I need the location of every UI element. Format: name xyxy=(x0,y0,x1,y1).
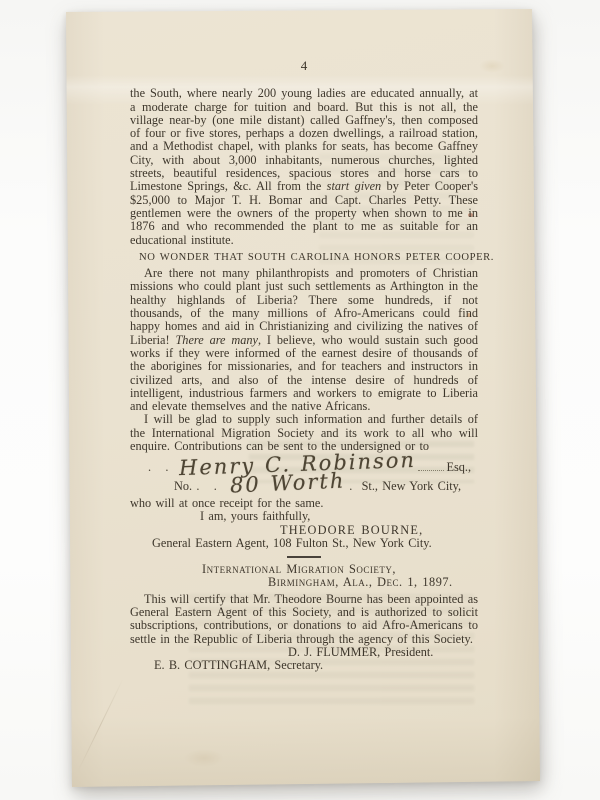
paragraph-philanthropists: Are there not many philanthropists and p… xyxy=(130,267,478,413)
certification-paragraph: This will certify that Mr. Theodore Bour… xyxy=(130,593,478,646)
italic-phrase: There are many xyxy=(175,333,258,347)
agent-name-line: THEODORE BOURNE, xyxy=(280,524,478,537)
secretary-line: E. B. COTTINGHAM, Secretary. xyxy=(154,659,478,672)
no-label: No. xyxy=(174,479,192,493)
leader-dot: . xyxy=(349,479,357,493)
document-page-wrapper: 4 the South, where nearly 200 young ladi… xyxy=(64,9,540,787)
dotted-fill-line xyxy=(418,470,444,471)
document-page: 4 the South, where nearly 200 young ladi… xyxy=(64,9,540,787)
paragraph-contributions: I will be glad to supply such informatio… xyxy=(130,413,478,453)
leader-dots: . . xyxy=(148,460,173,474)
italic-phrase: start given xyxy=(327,179,382,193)
photo-background: 4 the South, where nearly 200 young ladi… xyxy=(0,0,600,800)
society-dateline: Birmingham, Ala., Dec. 1, 1897. xyxy=(268,576,478,589)
street-suffix: St., New York City, xyxy=(362,479,462,493)
paper-crease xyxy=(77,678,123,772)
esq-label: Esq., xyxy=(446,460,471,474)
foxing-stain xyxy=(184,749,224,767)
president-line: D. J. FLUMMER, President. xyxy=(288,646,478,659)
society-name-line: International Migration Society, xyxy=(202,563,478,576)
page-content: 4 the South, where nearly 200 young ladi… xyxy=(64,9,540,672)
paragraph-continuation: the South, where nearly 200 young ladies… xyxy=(130,87,478,247)
leader-dots: . . xyxy=(196,479,221,493)
agent-title-line: General Eastern Agent, 108 Fulton St., N… xyxy=(152,537,478,550)
receipt-line: who will at once receipt for the same. xyxy=(130,497,478,510)
section-divider xyxy=(287,556,321,558)
address-line: No. . .80 Worth. St., New York City, xyxy=(174,477,478,493)
page-number: 4 xyxy=(130,59,478,72)
valediction-line: I am, yours faithfully, xyxy=(200,510,478,523)
centered-heading: NO WONDER THAT SOUTH CAROLINA HONORS PET… xyxy=(139,251,478,264)
paragraph-text: the South, where nearly 200 young ladies… xyxy=(130,86,478,193)
handwritten-street: 80 Worth xyxy=(230,474,346,492)
